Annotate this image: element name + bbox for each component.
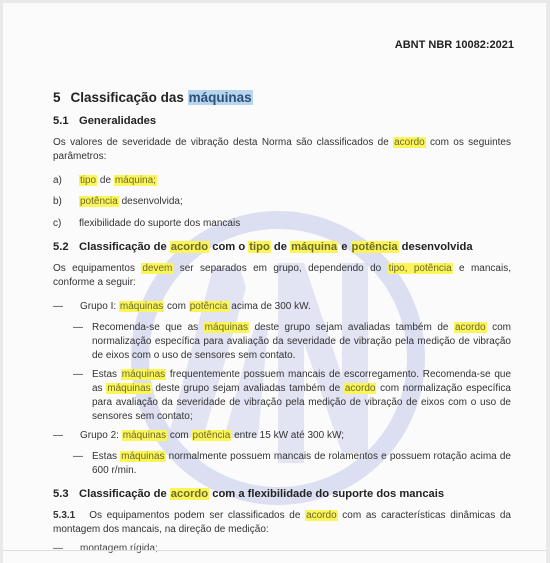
text: com: [164, 301, 188, 312]
section-number: 5: [53, 90, 61, 105]
text: entre 15 kW até 300 kW;: [231, 430, 344, 441]
paragraph-5-3-1: 5.3.1 Os equipamentos podem ser classifi…: [53, 509, 511, 537]
highlight: acordo: [170, 488, 209, 500]
section-5-1-heading: 5.1Generalidades: [53, 115, 156, 127]
text: Classificação de: [79, 488, 170, 500]
text: de: [97, 175, 114, 186]
text: Os equipamentos podem ser classificados …: [89, 510, 305, 521]
paragraph-5-2-intro: Os equipamentos devem ser separados em g…: [53, 262, 511, 290]
list-item-a: a)tipo de máquina;: [53, 175, 157, 186]
text: Os valores de severidade de vibração des…: [53, 137, 389, 148]
text: ser separados em grupo, dependendo do: [173, 263, 387, 274]
text: flexibilidade do suporte dos mancais: [79, 218, 240, 229]
selected-text[interactable]: máquinas: [188, 90, 253, 105]
list-item-c: c)flexibilidade do suporte dos mancais: [53, 218, 240, 229]
text: Estas: [92, 451, 120, 462]
subsection-number: 5.3.1: [53, 510, 75, 521]
highlight: tipo: [248, 241, 271, 253]
highlight: potência: [79, 196, 119, 207]
list-label: a): [53, 175, 79, 186]
text: de: [271, 241, 290, 253]
highlight: máquina: [290, 241, 338, 253]
text: Classificação de: [79, 241, 170, 253]
text: com a flexibilidade do suporte dos manca…: [209, 488, 444, 500]
section-number: 5.2: [53, 241, 79, 253]
dash-bullet: —: [53, 543, 80, 550]
standard-identifier: ABNT NBR 10082:2021: [395, 39, 514, 51]
highlight: tipo: [79, 175, 97, 186]
section-title: Generalidades: [79, 115, 156, 127]
text: com o: [209, 241, 248, 253]
section-5-3-heading: 5.3Classificação de acordo com a flexibi…: [53, 488, 444, 500]
text: deste grupo sejam avaliadas também de: [249, 322, 454, 333]
text: deste grupo sejam avaliadas também de: [152, 383, 344, 394]
section-number: 5.3: [53, 488, 79, 500]
text: acima de 300 kW.: [229, 301, 311, 312]
section-title: Classificação das: [71, 90, 184, 105]
text: montagem rígida;: [80, 543, 158, 550]
highlight: devem: [141, 263, 173, 274]
highlight: tipo, potência: [388, 263, 453, 274]
group-1-note-1: — Recomenda-se que as máquinas deste gru…: [73, 321, 511, 363]
highlight: máquinas: [122, 430, 167, 441]
highlight: máquinas: [106, 383, 151, 394]
section-number: 5.1: [53, 115, 79, 127]
list-item-b: b)potência desenvolvida;: [53, 196, 183, 207]
text: Grupo 2:: [80, 430, 122, 441]
highlight: acordo: [393, 137, 426, 148]
highlight: acordo: [170, 241, 209, 253]
text: Estas: [92, 369, 121, 380]
dash-bullet: —: [73, 450, 83, 464]
highlight: máquinas: [120, 451, 165, 462]
document-page: ABNT NBR 10082:2021 5Classificação das m…: [3, 3, 546, 550]
dash-bullet: —: [53, 429, 80, 443]
text: Grupo I:: [80, 301, 119, 312]
dash-bullet: —: [53, 300, 80, 314]
cut-off-list-item: —montagem rígida;: [53, 543, 158, 550]
section-5-2-heading: 5.2Classificação de acordo com o tipo de…: [53, 241, 473, 253]
highlight: acordo: [305, 510, 338, 521]
highlight: potência: [189, 301, 229, 312]
highlight: acordo: [454, 322, 487, 333]
dash-bullet: —: [73, 368, 83, 382]
text: Recomenda-se que as: [92, 322, 204, 333]
highlight: máquina;: [114, 175, 157, 186]
section-5-heading: 5Classificação das máquinas: [53, 90, 253, 105]
text: e: [338, 241, 350, 253]
text: Os equipamentos: [53, 263, 141, 274]
highlight: máquinas: [204, 322, 249, 333]
highlight: acordo: [344, 383, 377, 394]
list-label: c): [53, 218, 79, 229]
highlight: potência: [192, 430, 232, 441]
group-1-item: —Grupo I: máquinas com potência acima de…: [53, 300, 311, 314]
text: desenvolvida;: [119, 196, 183, 207]
text: desenvolvida: [399, 241, 473, 253]
group-1-note-2: — Estas máquinas frequentemente possuem …: [73, 368, 511, 424]
group-2-note: — Estas máquinas normalmente possuem man…: [73, 450, 511, 478]
highlight: máquinas: [119, 301, 164, 312]
group-2-item: —Grupo 2: máquinas com potência entre 15…: [53, 429, 344, 443]
text: com: [167, 430, 191, 441]
paragraph-5-1: Os valores de severidade de vibração des…: [53, 136, 511, 164]
highlight: potência: [351, 241, 399, 253]
list-label: b): [53, 196, 79, 207]
dash-bullet: —: [73, 321, 83, 335]
highlight: máquinas: [121, 369, 166, 380]
